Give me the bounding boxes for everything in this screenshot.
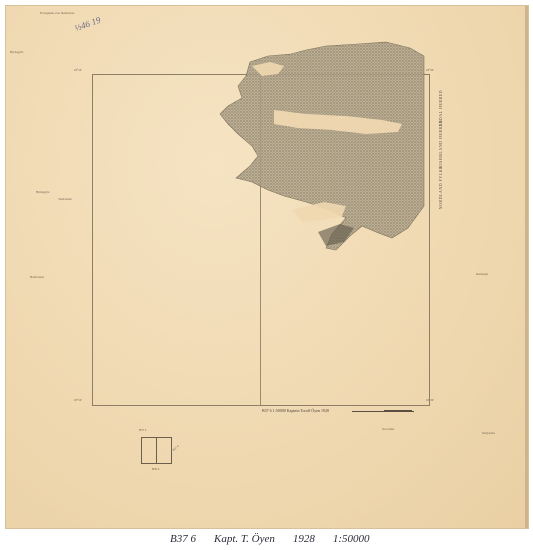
map-sheet: ½46 19 Fortegnelse over Stedsnavne Hyrde… (6, 6, 528, 528)
side-label: NORDLAND FYLKE (438, 166, 443, 209)
side-label: ARDAL HERRED (438, 90, 443, 127)
side-label: KISHBLAND HERRED (438, 120, 443, 168)
caption-sheet-id: B37 6 (170, 533, 196, 545)
scale-title: B37 6 1:50000 Kaptein Torolf Öyen 1928 (262, 408, 329, 413)
terrain-drawing (6, 6, 528, 528)
index-label: B37 5 (139, 428, 146, 432)
sheet-caption: B37 6 Kapt. T. Öyen 1928 1:50000 (170, 530, 430, 548)
scale-bar (384, 410, 412, 412)
sheet-index-divider (156, 437, 157, 463)
caption-year: 1928 (293, 533, 315, 545)
index-label: B36 6 (152, 467, 159, 471)
caption-surveyor: Kapt. T. Öyen (214, 533, 275, 545)
caption-scale: 1:50000 (333, 533, 370, 545)
